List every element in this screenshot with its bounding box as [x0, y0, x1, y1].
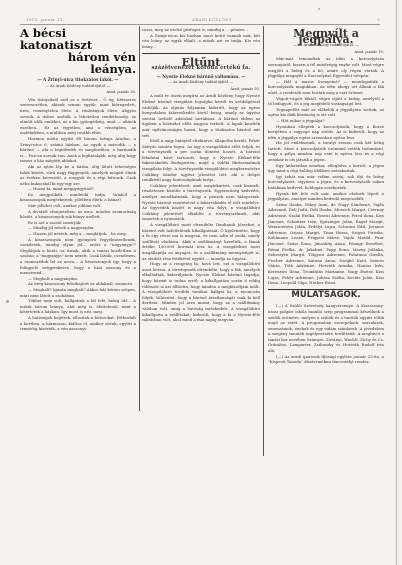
column-2: rossz, meg az utolsó gőzfogat is, mindig… — [142, 27, 260, 323]
paragraph: A hatóságok bejöttek, elhoztak a bútorok… — [20, 315, 136, 332]
article-title-line2: három vén leánya. — [20, 51, 136, 75]
article-subtitle-2: — Nyeste Elekné bárónő vallomása. — — [142, 74, 260, 80]
paragraph: (—) Az aradi iparosok ifjúsági egylete j… — [268, 354, 384, 365]
paragraph: Ha jól emlékszünk, a tavalyi szezon csak… — [268, 140, 384, 162]
paragraph: — Hiszen jól néztek, még a... meglátjuk.… — [20, 231, 136, 237]
masthead-rule — [20, 24, 380, 25]
paragraph: rossz, meg az utolsó gőzfogat is, mindig… — [142, 27, 260, 33]
article-title: Megnyílt a jégpálya. — [268, 31, 384, 42]
article-subtitle: — A Zrinyi-utca titokzatos lakói. — — [20, 77, 136, 83]
scan-smudge — [6, 300, 9, 303]
article-eltunt: Eltűnt százötvenezer korona értékű fa. —… — [142, 60, 260, 322]
page-edge — [396, 0, 397, 565]
column-rule-1 — [139, 26, 140, 411]
masthead-page-number: 5 — [377, 17, 380, 22]
paragraph: A kisasszonyok nem gyönyörű fegyelmezetl… — [20, 237, 136, 276]
newspaper-page: 1913. január 21. ARADI KÖZLÖNY 5 A bécsi… — [0, 0, 402, 565]
article-byline: — Az Aradi Közlöny tudósítójától. — — [142, 80, 260, 86]
paragraph: Ez megpróbált, mindenki tudja. Valahol a… — [20, 192, 136, 203]
masthead-date: 1913. január 21. — [26, 17, 64, 22]
paragraph: Egy láthatatlan zenekar, elfoglalva a ko… — [268, 163, 384, 174]
paragraph: Már-már lemondtak az idén a korcsolyázás… — [268, 56, 384, 78]
paragraph: A divattól elszigetelten, az arca, minde… — [20, 209, 136, 220]
paragraph: Vén leányokról szól ez a történet... Ó é… — [20, 97, 136, 136]
column-3: Megnyílt a jégpálya. — Az Aradi Közlöny … — [268, 27, 384, 365]
paragraph: Aki az ajtón lép be a házba, alig látott… — [20, 164, 136, 186]
paragraph: A Zrinyi-utcai kis házban most kettő van… — [142, 33, 260, 50]
paragraph: Harmon mióta együtt élt három leánya Ara… — [20, 136, 136, 164]
paragraph: Csiklány jelentéseit, amit megtekintett,… — [142, 183, 260, 222]
paragraph: Szász Ilonka, Fábry Anni, dr. Nagy Sándo… — [268, 202, 384, 286]
article-dateline: Arad, január 20. — [142, 87, 260, 93]
masthead-title: ARADI KÖZLÖNY — [192, 17, 232, 22]
paragraph: Ettől a nagy hiánytól eltekintve, állapo… — [142, 138, 260, 183]
article-jegpalya: Megnyílt a jégpálya. — Az Aradi Közlöny … — [268, 31, 384, 286]
article-dateline: Arad, január 19. — [268, 50, 384, 56]
article-becsi-katonatiszt: A bécsi katonatiszt három vén leánya. — … — [20, 27, 136, 332]
column-1: A bécsi katonatiszt három vén leánya. — … — [20, 27, 136, 332]
paragraph: A múlt év őszén megírta az Aradi Közlöny… — [142, 93, 260, 138]
paragraph: A vizsgálóbíró most elrendelte Dindinndi… — [142, 222, 260, 261]
article-title-line1: A bécsi katonatiszt — [20, 27, 136, 51]
paragraph: (—) A Szülői Szövetség hangversenye. A K… — [268, 303, 384, 353]
section-title: MULATSÁGOK. — [268, 293, 384, 299]
paragraph: Nyomban ellepték a korcsolyázók, hogy a … — [268, 124, 384, 141]
paragraph: Igy tehát ma már vidám zsivaj, sok ifjú … — [268, 174, 384, 191]
article-subtitle: százötvenezer korona értékű fa. — [142, 66, 260, 72]
scan-smudge — [318, 8, 320, 10]
article-dateline: Arad, január 20. — [20, 90, 136, 96]
paragraph: Hogy az a rengeteg fa, hová lett, ezt a … — [142, 261, 260, 323]
article-byline: — Az Aradi Közlöny tudósítójától. — — [268, 43, 384, 49]
column-rule-2 — [263, 26, 264, 456]
paragraph: — Hát a maros Szenyeiné? — mondogatták a… — [268, 79, 384, 96]
paragraph: — Meghalt? Igazán meghalt? Akkor hát kér… — [20, 287, 136, 298]
paragraph: Többet nem volt, hallgattak a fal felé, … — [20, 298, 136, 315]
section-mulatsagok: MULATSÁGOK. (—) A Szülői Szövetség hangv… — [268, 293, 384, 365]
paragraph: Vágott-vágott fáktól, végre eljött a hid… — [268, 96, 384, 107]
article-byline: — Az Aradi Közlöny tudósítójától. — — [20, 84, 136, 90]
article-separator — [142, 53, 260, 54]
paragraph: Hyenk két fele volt már, amikor elsőnek … — [268, 191, 384, 202]
paragraph: Tegnapelőtt már az előkelők a jégpályára… — [268, 107, 384, 118]
